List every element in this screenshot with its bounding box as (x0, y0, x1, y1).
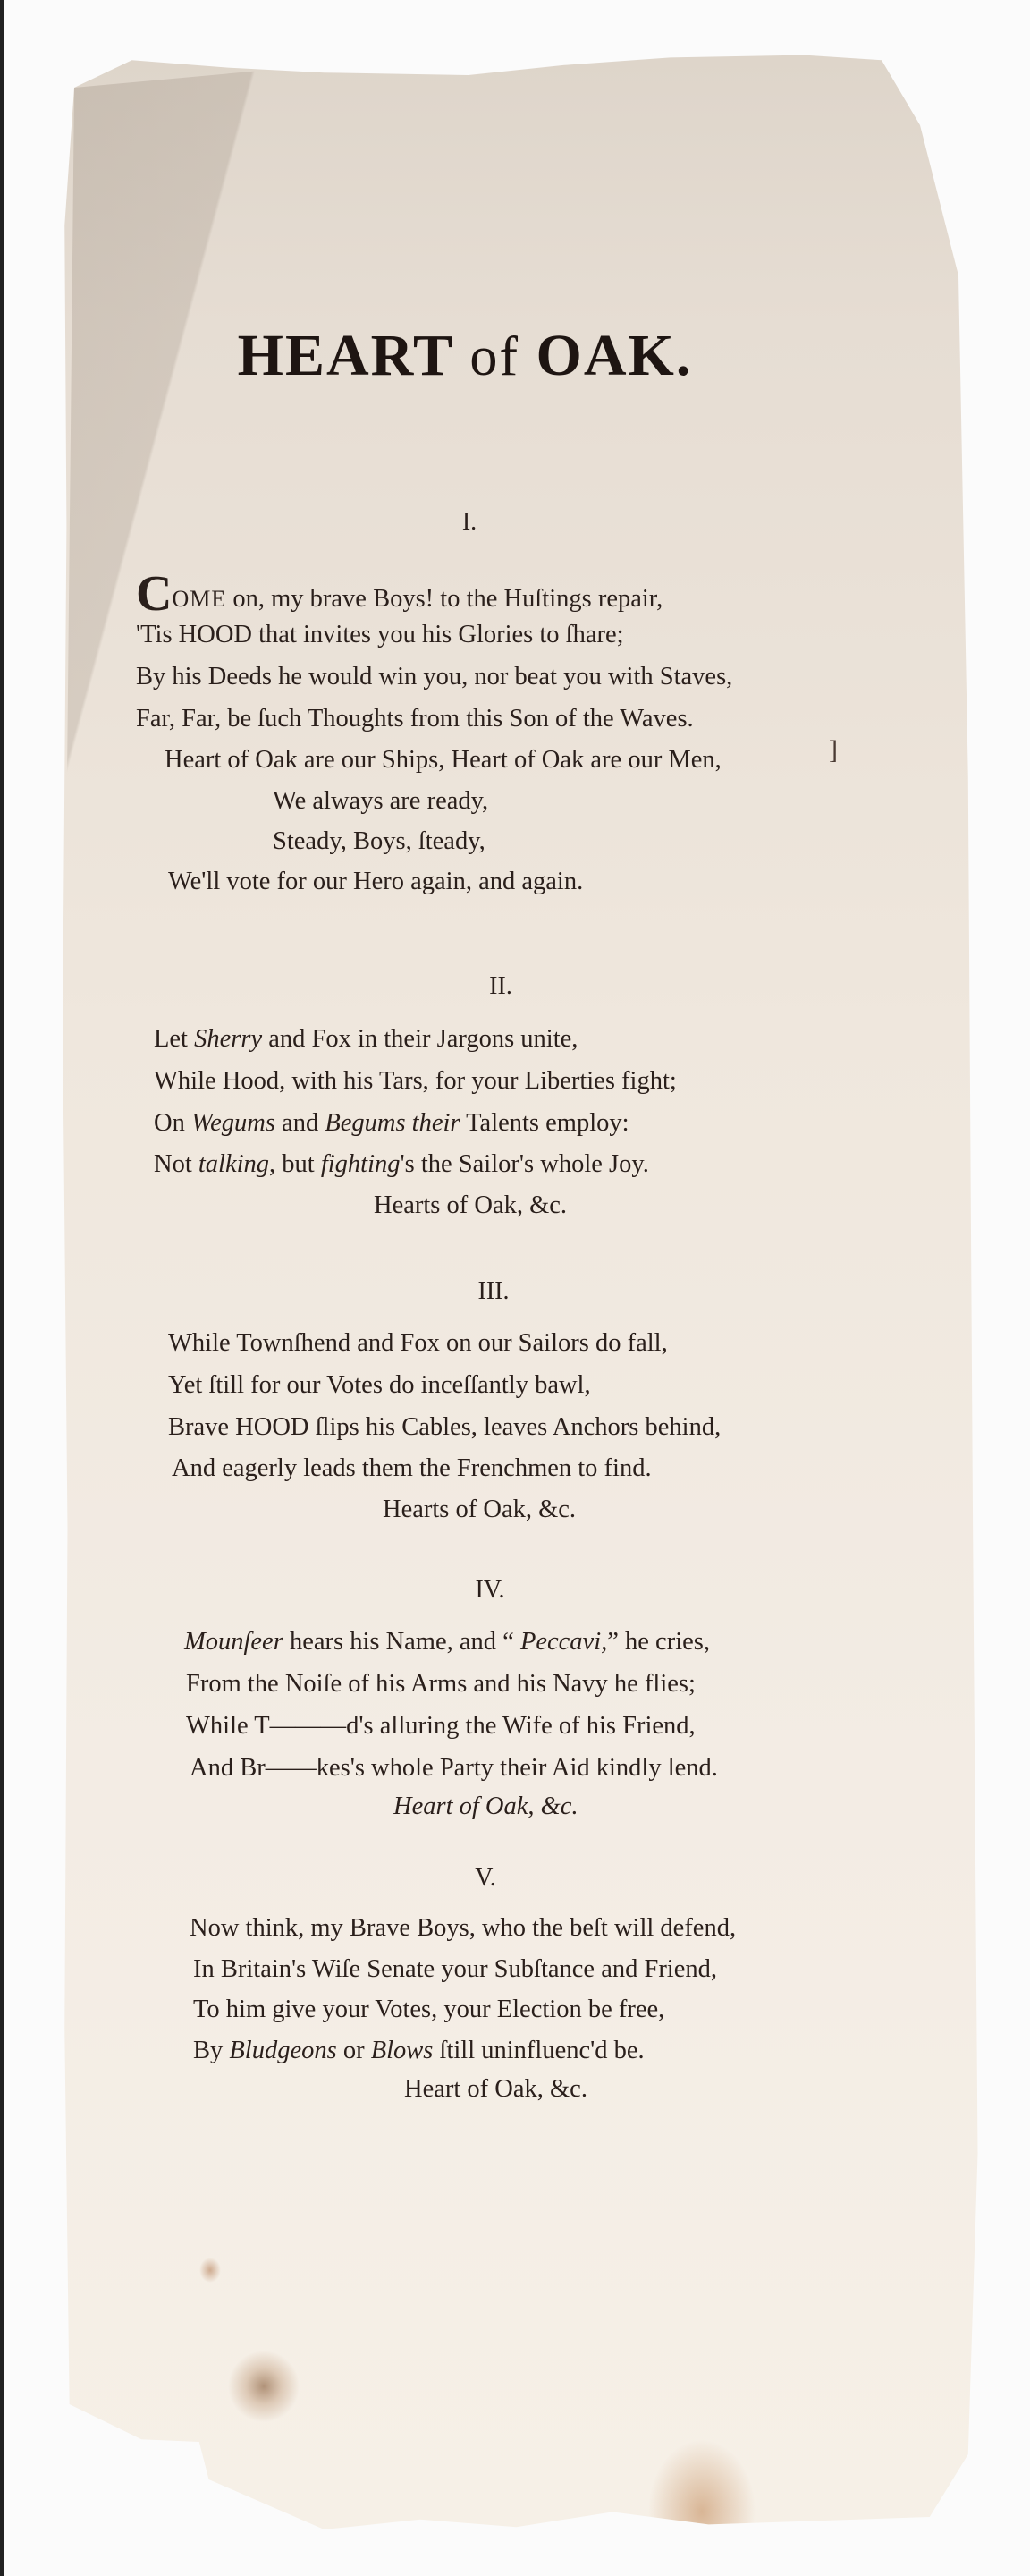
stanza-2-line-2: While Hood, with his Tars, for your Libe… (154, 1067, 677, 1096)
stanza-5-line-2: In Britain's Wiſe Senate your Subſtance … (193, 1955, 717, 1984)
stanza-4-line-4: And Br——kes's whole Party their Aid kind… (190, 1754, 718, 1783)
page-title: HEART of OAK. (0, 322, 930, 390)
stanza-1-line-1: COME on, my brave Boys! to the Huſtings … (136, 569, 663, 619)
stanza-2-line-3: On Wegums and Begums their Talents emplo… (154, 1109, 629, 1138)
stanza-2-refrain: Hearts of Oak, &c. (374, 1191, 567, 1220)
stanza-2-line-4: Not talking, but fighting's the Sailor's… (154, 1150, 649, 1179)
stanza-5-line-4: By Bludgeons or Blows ſtill uninfluenc'd… (193, 2037, 645, 2065)
drop-cap: C (136, 566, 172, 622)
stanza-number-4: IV. (311, 1576, 669, 1605)
stanza-4-refrain: Heart of Oak, &c. (393, 1792, 578, 1821)
stanza-3-line-1: While Townſhend and Fox on our Sailors d… (168, 1329, 668, 1358)
stanza-number-1: I. (291, 508, 648, 537)
stanza-1-chorus-2: We always are ready, (273, 787, 488, 816)
stanza-3-line-4: And eagerly leads them the Frenchmen to … (172, 1454, 652, 1483)
title-oak: OAK. (536, 323, 693, 388)
stanza-1-chorus-4: We'll vote for our Hero again, and again… (168, 868, 583, 896)
stanza-4-line-2: From the Noiſe of his Arms and his Navy … (186, 1670, 696, 1699)
title-heart: HEART (238, 323, 453, 388)
stanza-3-line-3: Brave HOOD ſlips his Cables, leaves Anch… (168, 1413, 721, 1442)
stanza-4-line-3: While T———d's alluring the Wife of his F… (186, 1712, 696, 1741)
stanza-1-chorus-3: Steady, Boys, ſteady, (273, 827, 485, 856)
stanza-3-line-2: Yet ſtill for our Votes do inceſſantly b… (168, 1371, 591, 1400)
stanza-1-line-2: 'Tis HOOD that invites you his Glories t… (136, 621, 624, 649)
stanza-1-line-4: Far, Far, be ſuch Thoughts from this Son… (136, 705, 694, 733)
broadside-text: HEART of OAK. I. COME on, my brave Boys!… (0, 0, 1030, 2576)
stanza-1-line-3: By his Deeds he would win you, nor beat … (136, 663, 732, 691)
title-of: of (469, 326, 519, 387)
stanza-number-5: V. (307, 1864, 664, 1893)
stanza-number-3: III. (315, 1277, 672, 1306)
stanza-2-line-1: Let Sherry and Fox in their Jargons unit… (154, 1025, 578, 1054)
margin-bracket-mark: ] (829, 735, 838, 766)
stanza-number-2: II. (322, 972, 680, 1001)
stanza-4-line-1: Mounſeer hears his Name, and “ Peccavi,”… (184, 1628, 710, 1657)
stanza-5-refrain: Heart of Oak, &c. (404, 2075, 587, 2104)
stanza-1-chorus-1: Heart of Oak are our Ships, Heart of Oak… (165, 746, 722, 775)
stanza-5-line-1: Now think, my Brave Boys, who the beſt w… (190, 1914, 736, 1943)
stanza-5-line-3: To him give your Votes, your Election be… (193, 1996, 664, 2024)
stanza-3-refrain: Hearts of Oak, &c. (383, 1496, 576, 1524)
